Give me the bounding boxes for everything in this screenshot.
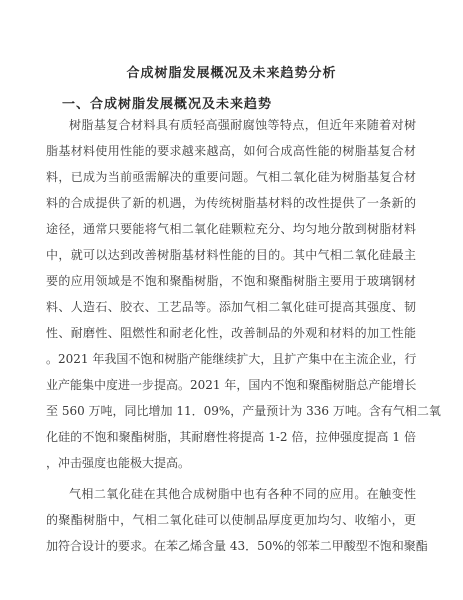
document-title: 合成树脂发展概况及未来趋势分析: [0, 62, 463, 81]
paragraph-line: 气相二氧化硅在其他合成树脂中也有各种不同的应用。在触变性: [69, 486, 416, 502]
paragraph-line: 化硅的不饱和聚酯树脂，其耐磨性将提高 1-2 倍，拉伸强度提高 1 倍: [46, 429, 416, 445]
paragraph-line: 料、人造石、胶衣、工艺品等。添加气相二氧化硅可提高其强度、韧: [46, 299, 416, 315]
paragraph-line: 性、耐磨性、阻燃性和耐老化性，改善制品的外观和材料的加工性能: [46, 325, 416, 341]
paragraph-line: 业产能集中度进一步提高。2021 年，国内不饱和聚酯树脂总产能增长: [46, 377, 416, 393]
paragraph-line: 脂基材料使用性能的要求越来越高，如何合成高性能的树脂基复合材: [46, 143, 416, 159]
section-heading: 一、合成树脂发展概况及未来趋势: [62, 93, 272, 112]
paragraph-line: 料的合成提供了新的机遇，为传统树脂基材料的改性提供了一条新的: [46, 195, 416, 211]
paragraph-line: 树脂基复合材料具有质轻高强耐腐蚀等特点，但近年来随着对树: [69, 117, 416, 133]
document-page: 合成树脂发展概况及未来趋势分析 一、合成树脂发展概况及未来趋势 树脂基复合材料具…: [0, 0, 463, 600]
paragraph-line: 至 560 万吨，同比增加 11．09%，产量预计为 336 万吨。含有气相二氧: [46, 403, 416, 419]
paragraph-line: ，冲击强度也能极大提高。: [46, 455, 416, 471]
paragraph-line: 要的应用领域是不饱和聚酯树脂，不饱和聚酯树脂主要用于玻璃钢材: [46, 273, 416, 289]
paragraph-line: 途径，通常只要能将气相二氧化硅颗粒充分、均匀地分散到树脂材料: [46, 221, 416, 237]
paragraph-line: 。2021 年我国不饱和树脂产能继续扩大，且扩产集中在主流企业，行: [46, 351, 416, 367]
paragraph-line: 加符合设计的要求。在苯乙烯含量 43．50%的邻苯二甲酸型不饱和聚酯: [46, 538, 416, 554]
paragraph-line: 中，就可以达到改善树脂基材料性能的目的。其中气相二氧化硅最主: [46, 247, 416, 263]
paragraph-line: 料，已成为当前亟需解决的重要问题。气相二氧化硅为树脂基复合材: [46, 169, 416, 185]
paragraph-line: 的聚酯树脂中，气相二氧化硅可以使制品厚度更加均匀、收缩小，更: [46, 512, 416, 528]
